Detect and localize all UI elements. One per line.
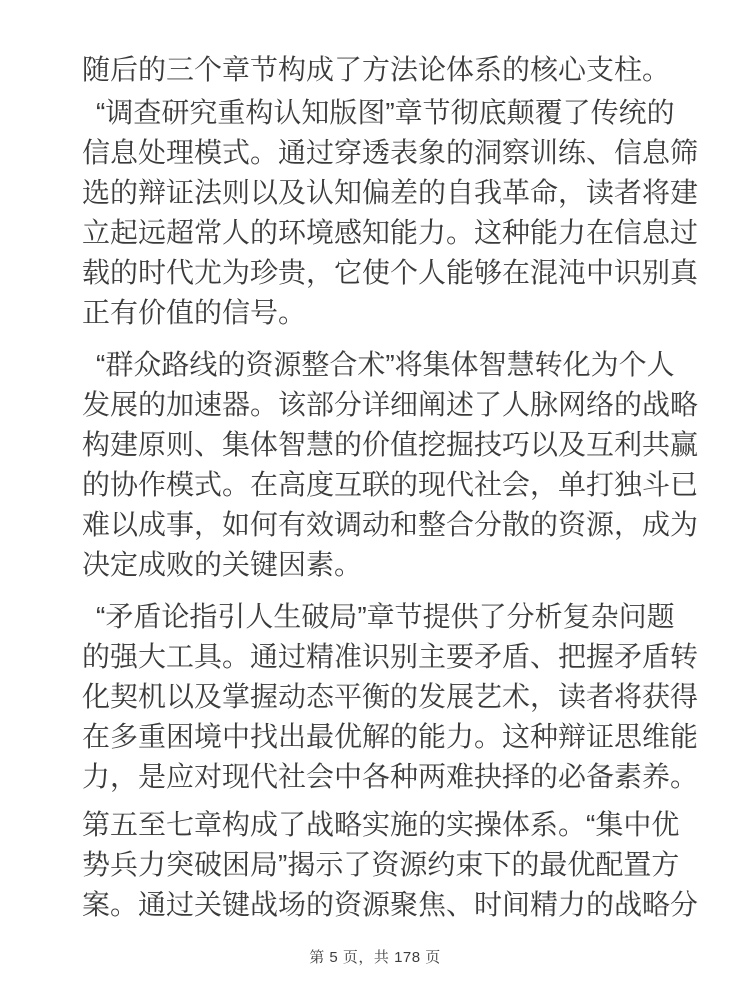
text-line: 第五至七章构成了战略实施的实操体系。“集中优 — [82, 805, 682, 845]
text-line: 势兵力突破困局”揭示了资源约束下的最优配置方 — [82, 845, 682, 885]
text-line: 立起远超常人的环境感知能力。这种能力在信息过 — [82, 213, 682, 253]
paragraph: “矛盾论指引人生破局”章节提供了分析复杂问题的强大工具。通过精准识别主要矛盾、把… — [82, 597, 682, 797]
text-line: 的强大工具。通过精准识别主要矛盾、把握矛盾转 — [82, 637, 682, 677]
text-line: 化契机以及掌握动态平衡的发展艺术，读者将获得 — [82, 677, 682, 717]
paragraph: “调查研究重构认知版图”章节彻底颠覆了传统的信息处理模式。通过穿透表象的洞察训练… — [82, 93, 682, 333]
text-line: 选的辩证法则以及认知偏差的自我革命，读者将建 — [82, 173, 682, 213]
document-body: 随后的三个章节构成了方法论体系的核心支柱。“调查研究重构认知版图”章节彻底颠覆了… — [82, 50, 682, 925]
text-line: 力，是应对现代社会中各种两难抉择的必备素养。 — [82, 757, 682, 797]
paragraph: 第五至七章构成了战略实施的实操体系。“集中优势兵力突破困局”揭示了资源约束下的最… — [82, 805, 682, 925]
text-line: 构建原则、集体智慧的价值挖掘技巧以及互利共赢 — [82, 425, 682, 465]
text-line: 决定成败的关键因素。 — [82, 545, 682, 585]
document-page: 随后的三个章节构成了方法论体系的核心支柱。“调查研究重构认知版图”章节彻底颠覆了… — [0, 0, 750, 1000]
page-number-footer: 第 5 页，共 178 页 — [0, 944, 750, 972]
text-line: 案。通过关键战场的资源聚焦、时间精力的战略分 — [82, 885, 682, 925]
text-line: 正有价值的信号。 — [82, 293, 682, 333]
text-line: “调查研究重构认知版图”章节彻底颠覆了传统的 — [82, 93, 682, 133]
text-line: 在多重困境中找出最优解的能力。这种辩证思维能 — [82, 717, 682, 757]
text-line: “矛盾论指引人生破局”章节提供了分析复杂问题 — [82, 597, 682, 637]
page-number-label: 第 5 页，共 178 页 — [309, 949, 441, 966]
text-line: 发展的加速器。该部分详细阐述了人脉网络的战略 — [82, 385, 682, 425]
text-line: 难以成事，如何有效调动和整合分散的资源，成为 — [82, 505, 682, 545]
paragraph: 随后的三个章节构成了方法论体系的核心支柱。 — [82, 50, 682, 90]
text-line: “群众路线的资源整合术”将集体智慧转化为个人 — [82, 345, 682, 385]
text-line: 随后的三个章节构成了方法论体系的核心支柱。 — [82, 50, 682, 90]
text-line: 载的时代尤为珍贵，它使个人能够在混沌中识别真 — [82, 253, 682, 293]
text-line: 的协作模式。在高度互联的现代社会，单打独斗已 — [82, 465, 682, 505]
text-line: 信息处理模式。通过穿透表象的洞察训练、信息筛 — [82, 133, 682, 173]
paragraph: “群众路线的资源整合术”将集体智慧转化为个人发展的加速器。该部分详细阐述了人脉网… — [82, 345, 682, 585]
